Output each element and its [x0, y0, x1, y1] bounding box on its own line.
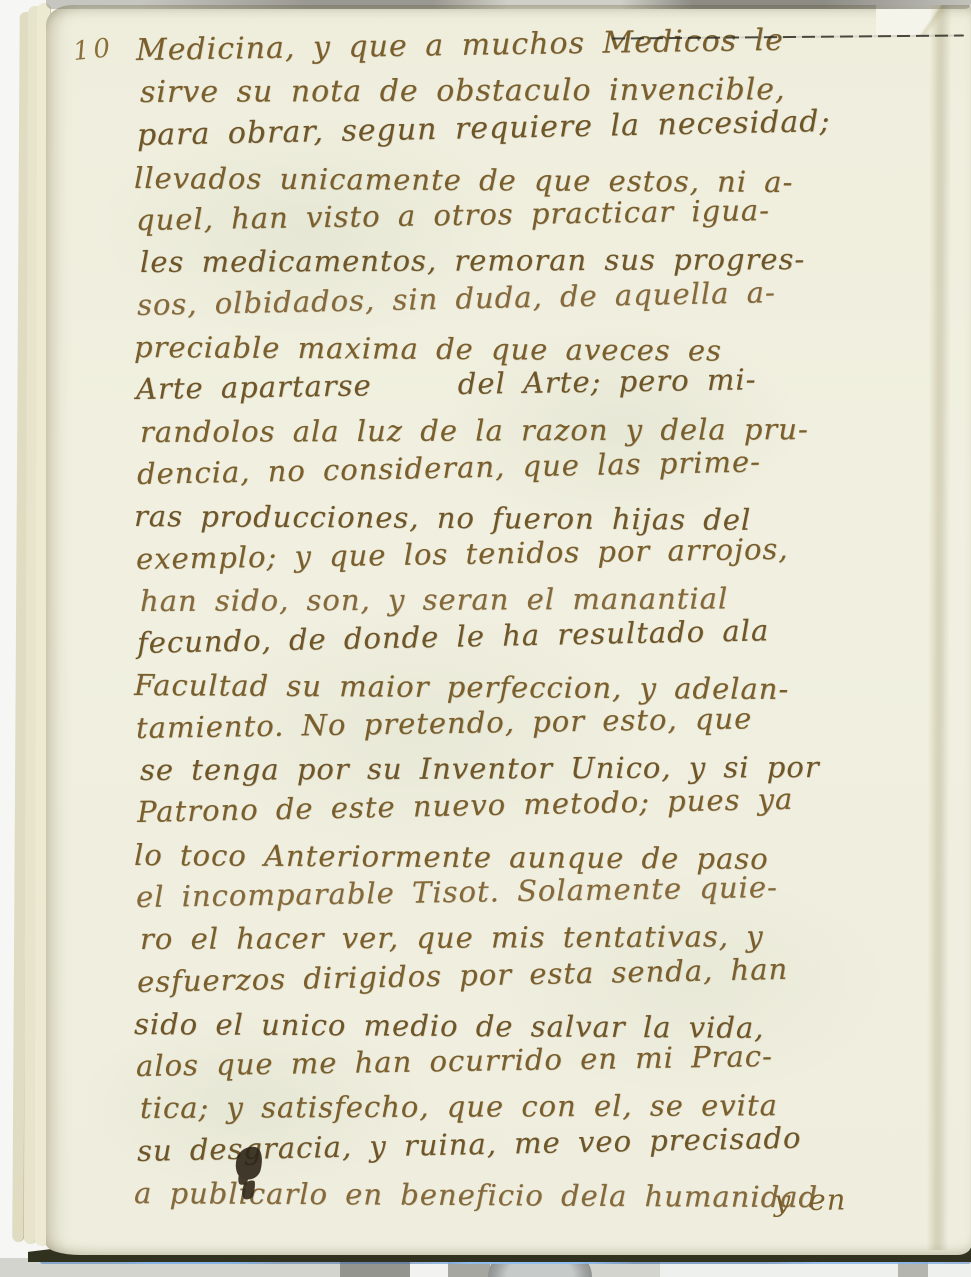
page-top-edge-grime [46, 0, 971, 9]
scanned-manuscript-page: 10 Medicina, y que a muchos Medicos le s… [0, 0, 971, 1277]
page-fold-line [926, 5, 951, 1250]
page-number: 10 [72, 33, 116, 67]
manuscript-text: Medicina, y que a muchos Medicos le sirv… [136, 30, 959, 1214]
manuscript-line: Medicina, y que a muchos Medicos le [136, 17, 960, 72]
manuscript-leaf: 10 Medicina, y que a muchos Medicos le s… [46, 5, 971, 1255]
catchword: y en [774, 1182, 847, 1217]
